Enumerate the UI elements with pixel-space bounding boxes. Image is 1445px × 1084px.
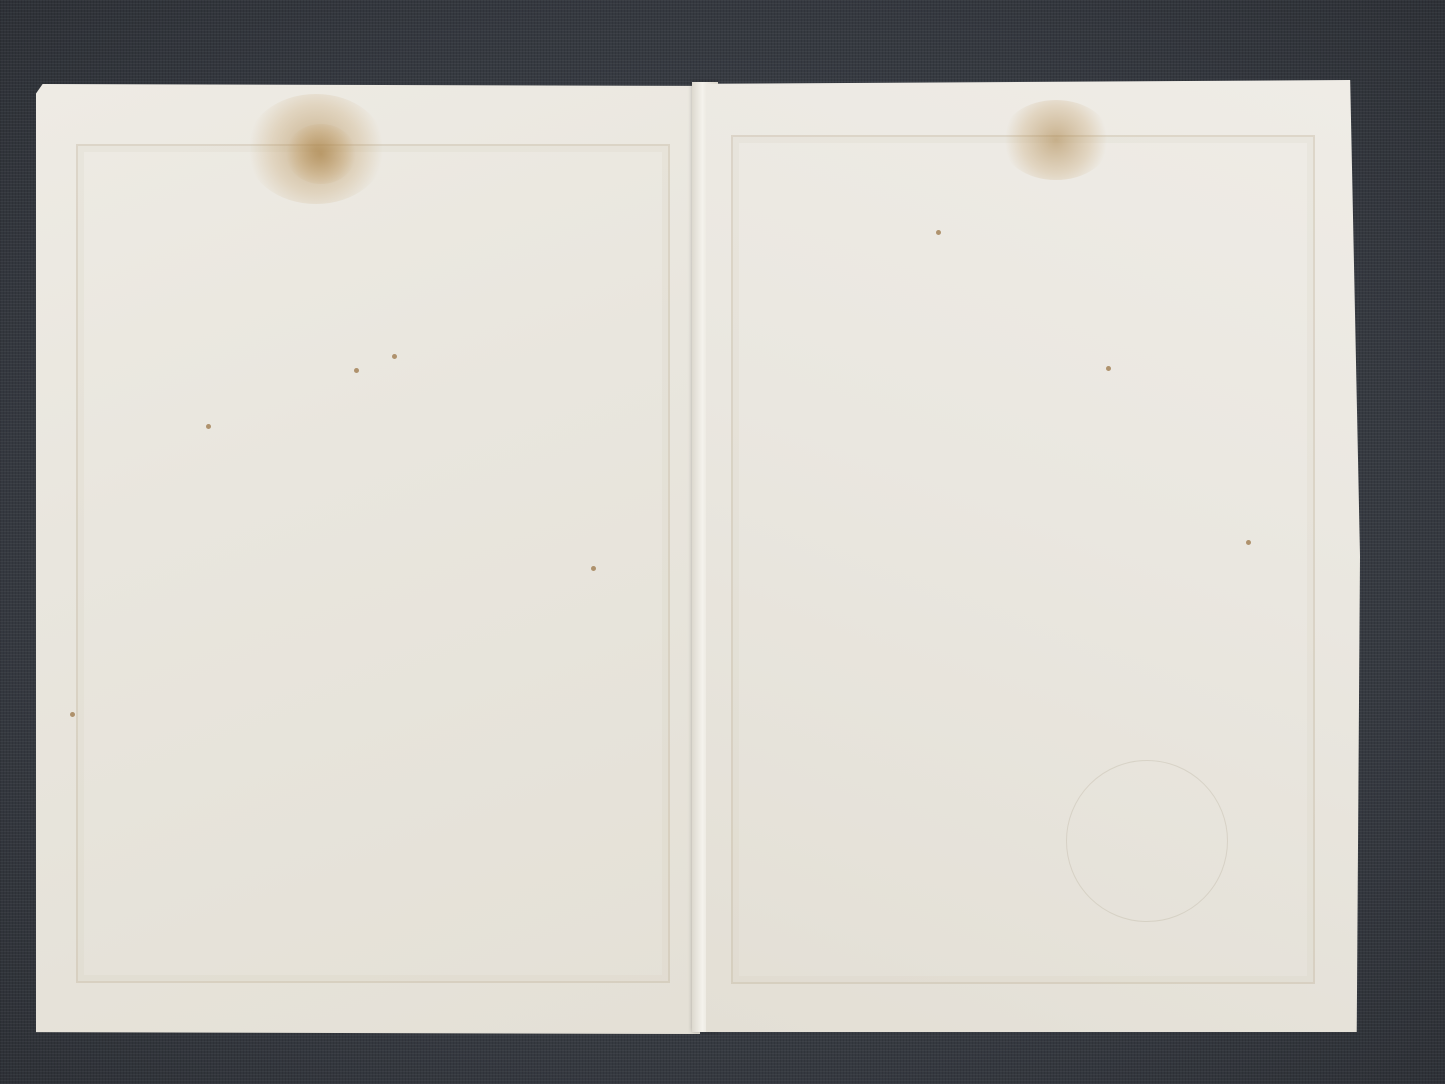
foxing-stain: [286, 124, 356, 184]
foxing-dot: [1246, 540, 1251, 545]
plate-mark-border: [731, 135, 1315, 984]
show-through-compass-rose: [1066, 760, 1228, 922]
plate-mark-border: [76, 144, 670, 983]
foxing-dot: [936, 230, 941, 235]
foxing-dot: [392, 354, 397, 359]
foxing-dot: [354, 368, 359, 373]
foxing-dot: [70, 712, 75, 717]
foxing-dot: [206, 424, 211, 429]
foxing-dot: [591, 566, 596, 571]
paper-left-page: [36, 84, 700, 1034]
paper-right-page: [706, 80, 1360, 1032]
foxing-stain: [1001, 100, 1111, 180]
foxing-dot: [1106, 366, 1111, 371]
